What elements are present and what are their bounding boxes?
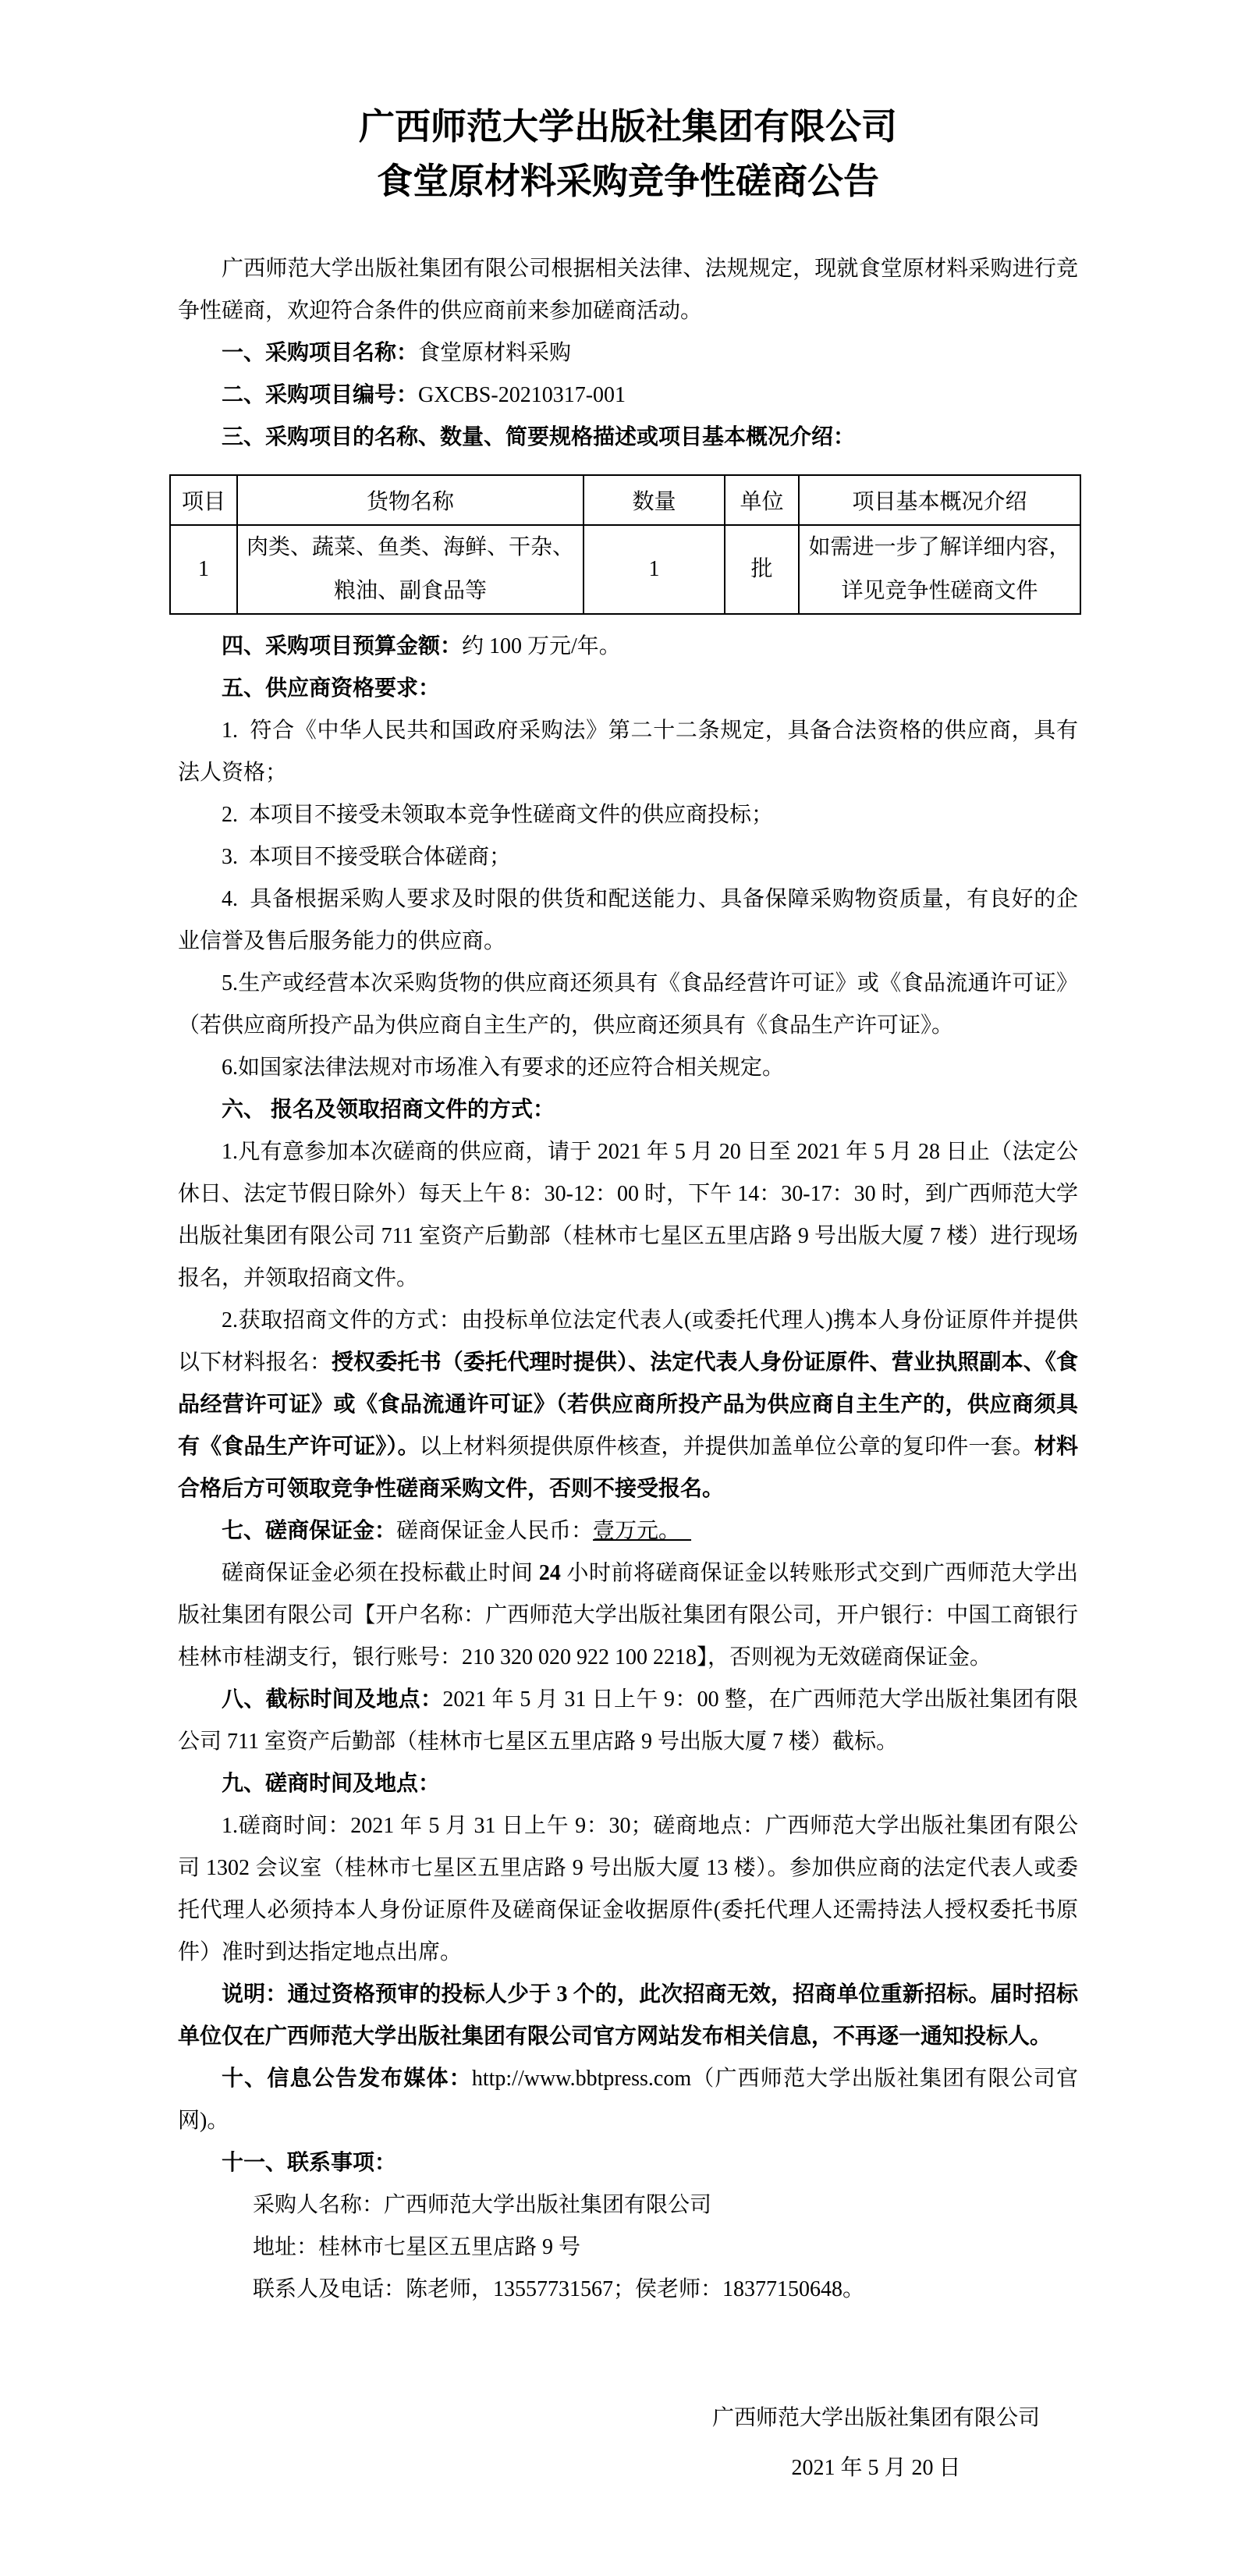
section-7-paragraph: 磋商保证金必须在投标截止时间 24 小时前将磋商保证金以转账形式交到广西师范大学… (178, 1552, 1078, 1679)
website-link[interactable]: http://www.bbtpress.com (472, 2067, 691, 2091)
contact-address-line: 地址：桂林市七星区五里店路 9 号 (178, 2227, 1078, 2269)
document-title: 广西师范大学出版社集团有限公司 食堂原材料采购竞争性磋商公告 (178, 100, 1078, 209)
section-8-label: 八、截标时间及地点： (222, 1687, 442, 1712)
cell-goods: 肉类、蔬菜、鱼类、海鲜、干杂、 粮油、副食品等 (237, 525, 584, 614)
section-6-item-2: 2.获取招商文件的方式：由投标单位法定代表人(或委托代理人)携本人身份证原件并提… (178, 1300, 1078, 1510)
col-header-item: 项目 (170, 475, 237, 525)
section-6-item-1: 1.凡有意参加本次磋商的供应商，请于 2021 年 5 月 20 日至 2021… (178, 1131, 1078, 1300)
section-4-label: 四、采购项目预算金额： (222, 634, 462, 658)
col-header-desc: 项目基本概况介绍 (799, 475, 1080, 525)
section-7-heading: 七、磋商保证金：磋商保证金人民币：壹万元。 (178, 1510, 1078, 1552)
section-7-label: 七、磋商保证金： (222, 1519, 396, 1543)
table-row: 1 肉类、蔬菜、鱼类、海鲜、干杂、 粮油、副食品等 1 批 如需进一步了解详细内… (170, 525, 1080, 614)
section-1-value: 食堂原材料采购 (418, 341, 571, 365)
section-3-heading: 三、采购项目的名称、数量、简要规格描述或项目基本概况介绍： (178, 417, 1078, 459)
table-header-row: 项目 货物名称 数量 单位 项目基本概况介绍 (170, 475, 1080, 525)
signature-company: 广西师范大学出版社集团有限公司 (689, 2393, 1063, 2443)
section-5-item-4: 4. 具备根据采购人要求及时限的供货和配送能力、具备保障采购物资质量，有良好的企… (178, 878, 1078, 963)
cell-unit: 批 (725, 525, 799, 614)
section-4-value: 约 100 万元/年。 (462, 634, 621, 658)
signature-date: 2021 年 5 月 20 日 (689, 2443, 1063, 2493)
section-9-note: 说明：通过资格预审的投标人少于 3 个的，此次招商无效，招商单位重新招标。届时招… (178, 1974, 1078, 2058)
signature-block: 广西师范大学出版社集团有限公司 2021 年 5 月 20 日 (689, 2393, 1063, 2493)
section-6-heading: 六、 报名及领取招商文件的方式： (178, 1089, 1078, 1131)
cell-qty: 1 (584, 525, 725, 614)
document-content: 广西师范大学出版社集团有限公司 食堂原材料采购竞争性磋商公告 广西师范大学出版社… (0, 0, 1238, 2493)
section-9-heading: 九、磋商时间及地点： (178, 1763, 1078, 1805)
deposit-amount: 壹万元。 (593, 1519, 691, 1543)
section-5-item-2: 2. 本项目不接受未领取本竞争性磋商文件的供应商投标； (178, 794, 1078, 836)
contact-phone-line: 联系人及电话：陈老师，13557731567；侯老师：18377150648。 (178, 2269, 1078, 2311)
title-line-2: 食堂原材料采购竞争性磋商公告 (178, 154, 1078, 209)
section-5-item-5: 5.生产或经营本次采购货物的供应商还须具有《食品经营许可证》或《食品流通许可证》… (178, 963, 1078, 1047)
title-line-1: 广西师范大学出版社集团有限公司 (178, 100, 1078, 154)
section-2-heading: 二、采购项目编号：GXCBS-20210317-001 (178, 374, 1078, 417)
col-header-goods: 货物名称 (237, 475, 584, 525)
section-1-label: 一、采购项目名称： (222, 341, 418, 365)
section-2-value: GXCBS-20210317-001 (418, 383, 626, 407)
section-10-heading: 十、信息公告发布媒体：http://www.bbtpress.com（广西师范大… (178, 2058, 1078, 2142)
section-5-item-6: 6.如国家法律法规对市场准入有要求的还应符合相关规定。 (178, 1047, 1078, 1089)
col-header-unit: 单位 (725, 475, 799, 525)
section-5-item-1: 1. 符合《中华人民共和国政府采购法》第二十二条规定，具备合法资格的供应商，具有… (178, 710, 1078, 794)
section-11-heading: 十一、联系事项： (178, 2142, 1078, 2184)
section-4-heading: 四、采购项目预算金额：约 100 万元/年。 (178, 626, 1078, 668)
section-5-heading: 五、供应商资格要求： (178, 668, 1078, 710)
document-page: 广西师范大学出版社集团有限公司 食堂原材料采购竞争性磋商公告 广西师范大学出版社… (0, 0, 1238, 2576)
section-10-label: 十、信息公告发布媒体： (222, 2067, 472, 2091)
section-8-heading: 八、截标时间及地点：2021 年 5 月 31 日上午 9：00 整，在广西师范… (178, 1679, 1078, 1763)
contact-name-line: 采购人名称：广西师范大学出版社集团有限公司 (178, 2184, 1078, 2227)
section-9-item-1: 1.磋商时间：2021 年 5 月 31 日上午 9：30；磋商地点：广西师范大… (178, 1805, 1078, 1974)
cell-desc: 如需进一步了解详细内容， 详见竞争性磋商文件 (799, 525, 1080, 614)
intro-paragraph: 广西师范大学出版社集团有限公司根据相关法律、法规规定，现就食堂原材料采购进行竞争… (178, 248, 1078, 332)
procurement-items-table: 项目 货物名称 数量 单位 项目基本概况介绍 1 肉类、蔬菜、鱼类、海鲜、干杂、… (169, 474, 1081, 615)
cell-item-no: 1 (170, 525, 237, 614)
col-header-qty: 数量 (584, 475, 725, 525)
section-1-heading: 一、采购项目名称：食堂原材料采购 (178, 332, 1078, 374)
section-2-label: 二、采购项目编号： (222, 383, 418, 407)
section-5-item-3: 3. 本项目不接受联合体磋商； (178, 836, 1078, 878)
